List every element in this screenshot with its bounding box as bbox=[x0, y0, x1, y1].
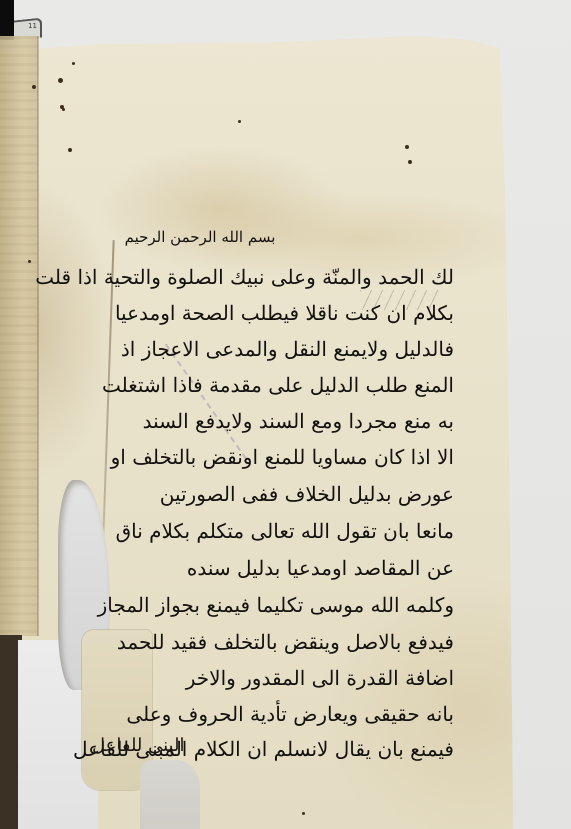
ink-spot bbox=[68, 148, 72, 152]
ink-spot bbox=[58, 78, 63, 83]
basmala-heading: بسم الله الرحمن الرحيم bbox=[100, 228, 300, 246]
text-line: عن المقاصد اومدعيا بدليل سنده bbox=[187, 553, 454, 583]
ink-spot bbox=[408, 160, 412, 164]
text-line: به منع مجردا ومع السند ولايدفع السند bbox=[143, 406, 454, 436]
text-line: اضافة القدرة الى المقدور والاخر bbox=[186, 663, 454, 693]
text-line: بكلام ان كنت ناقلا فيطلب الصحة اومدعيا bbox=[115, 298, 454, 328]
paper-loss-bottom bbox=[140, 760, 200, 829]
ink-spot bbox=[62, 108, 65, 111]
text-line: بانه حقيقى ويعارض تأدية الحروف وعلى bbox=[126, 699, 454, 729]
left-margin-strip bbox=[0, 36, 38, 636]
ink-spot bbox=[28, 260, 31, 263]
ink-spot bbox=[405, 145, 409, 149]
ink-spot bbox=[238, 120, 241, 123]
ink-spot bbox=[32, 85, 36, 89]
text-line: مانعا بان تقول الله تعالى متكلم بكلام نا… bbox=[116, 516, 454, 546]
fragment-text: البنى للفاعل bbox=[92, 735, 184, 756]
ink-spot bbox=[302, 812, 305, 815]
text-line: فيدفع بالاصل وينقض بالتخلف فقيد للحمد bbox=[117, 627, 454, 657]
text-line: عورض بدليل الخلاف ففى الصورتين bbox=[160, 479, 454, 509]
text-line: فالدليل ولايمنع النقل والمدعى الاعجاز اذ bbox=[121, 334, 454, 364]
fold-line bbox=[37, 36, 39, 636]
text-line: الا اذا كان مساويا للمنع اونقض بالتخلف ا… bbox=[111, 442, 454, 472]
text-line: وكلمه الله موسى تكليما فيمنع بجواز المجا… bbox=[98, 590, 454, 620]
ink-spot bbox=[72, 62, 75, 65]
folio-tab-number: 11 bbox=[28, 22, 37, 30]
binding-strip bbox=[0, 0, 14, 40]
text-line: لك الحمد والمنّة وعلى نبيك الصلوة والتحي… bbox=[35, 262, 454, 292]
text-line: المنع طلب الدليل على مقدمة فاذا اشتغلت bbox=[102, 370, 454, 400]
